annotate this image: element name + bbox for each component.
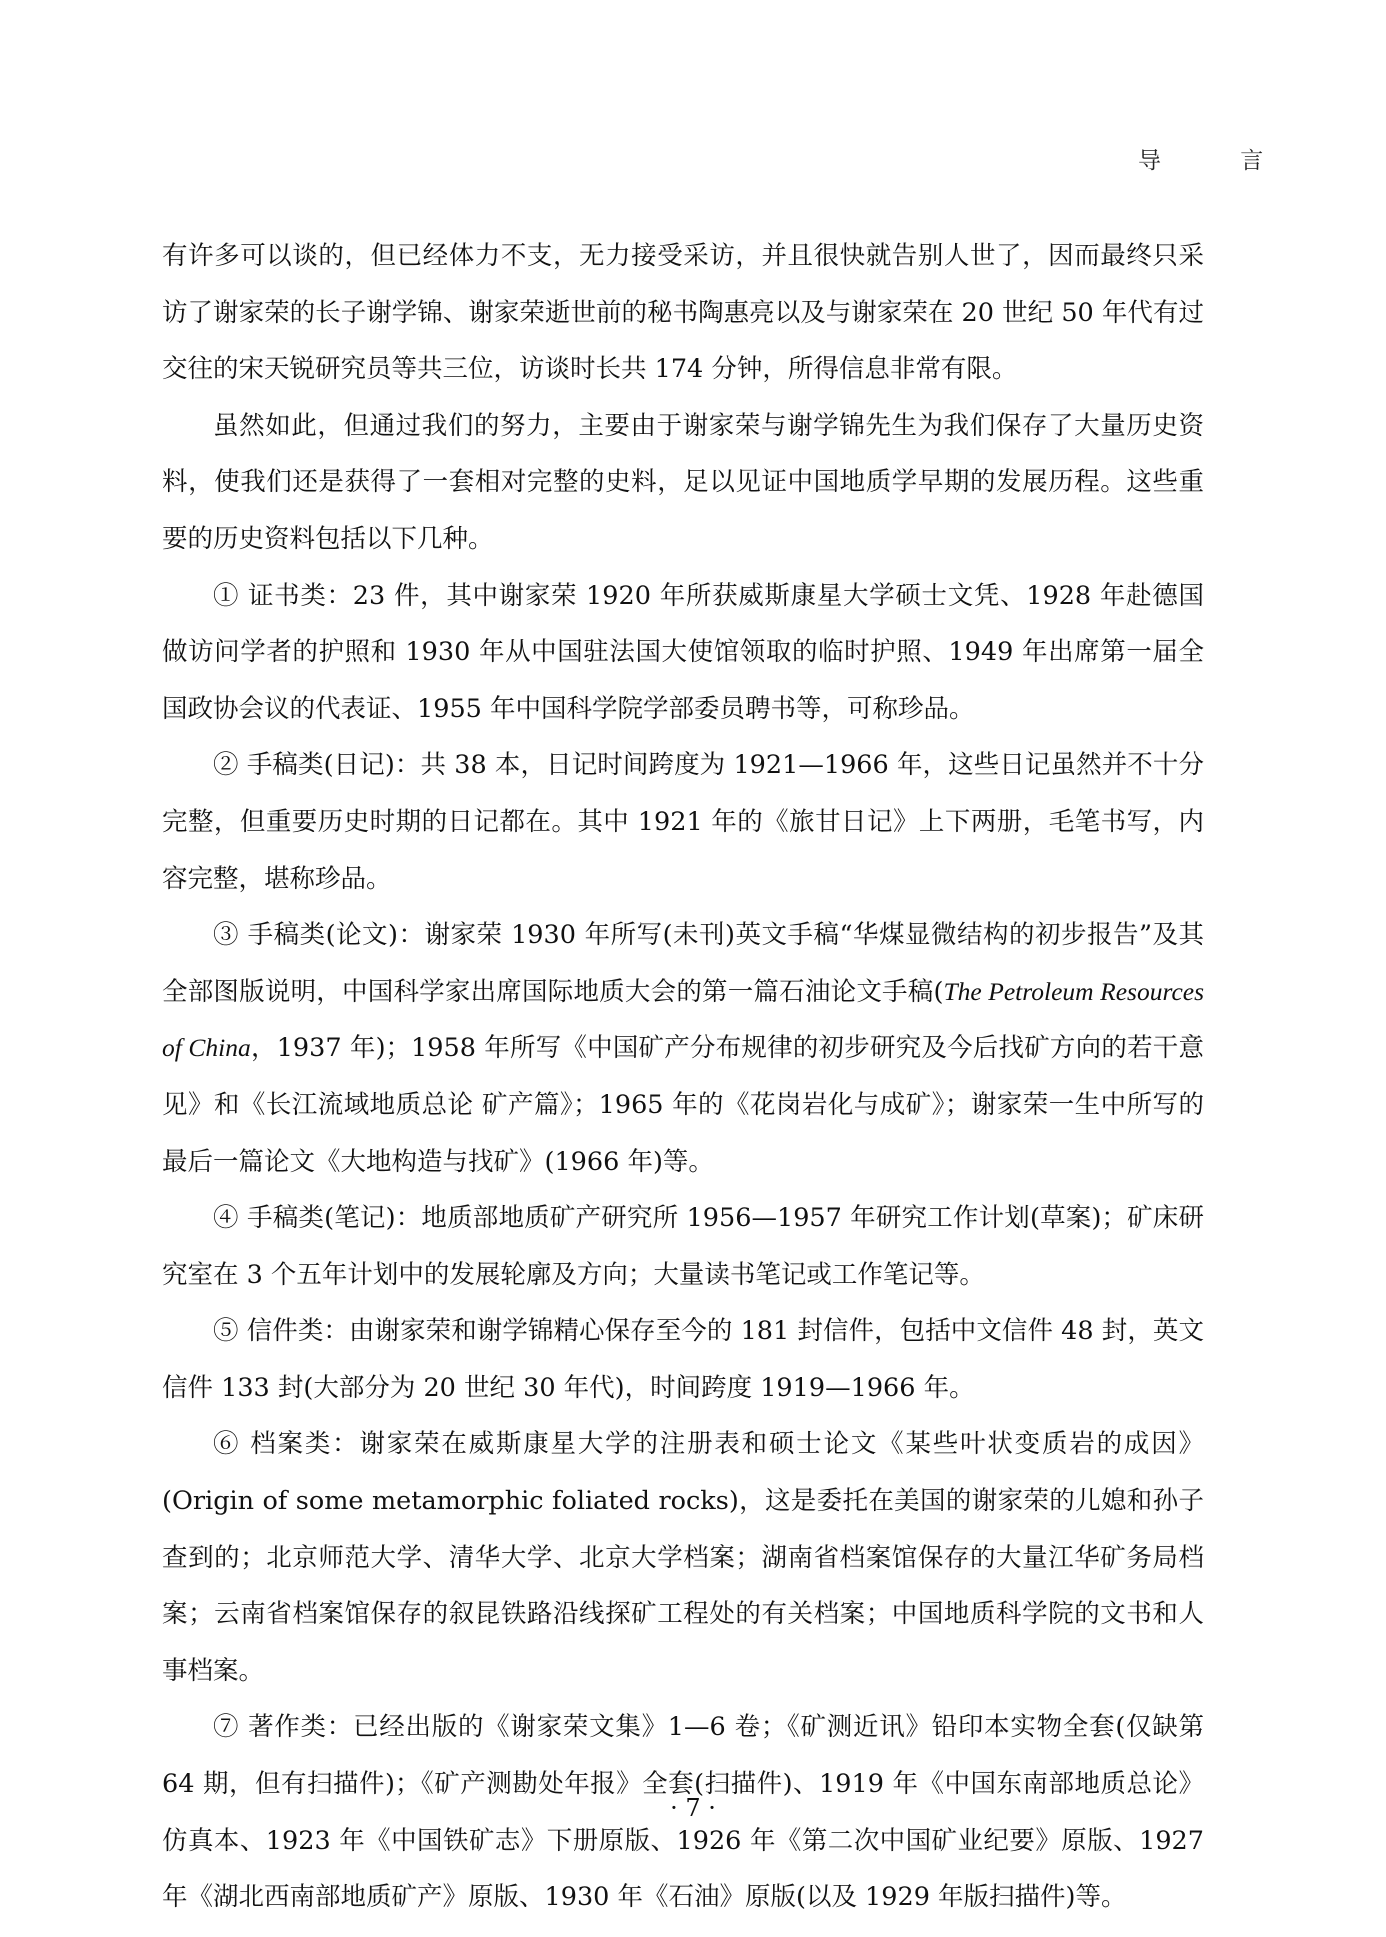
list-item-notes: ④ 手稿类(笔记)：地质部地质矿产研究所 1956—1957 年研究工作计划(草… bbox=[162, 1190, 1204, 1303]
list-item-letters: ⑤ 信件类：由谢家荣和谢学锦精心保存至今的 181 封信件，包括中文信件 48 … bbox=[162, 1303, 1204, 1416]
item-marker: ④ bbox=[213, 1203, 239, 1233]
running-header-title: 导 言 bbox=[1138, 142, 1299, 175]
body-text: 有许多可以谈的，但已经体力不支，无力接受采访，并且很快就告别人世了，因而最终只采… bbox=[162, 228, 1204, 1926]
item-label: 信件类： bbox=[247, 1316, 349, 1346]
item-label: 证书类： bbox=[248, 581, 353, 611]
item-marker: ① bbox=[213, 581, 239, 611]
list-item-archives: ⑥ 档案类：谢家荣在威斯康星大学的注册表和硕士论文《某些叶状变质岩的成因》(Or… bbox=[162, 1416, 1204, 1699]
item-marker: ⑤ bbox=[213, 1316, 239, 1346]
item-label: 手稿类(笔记)： bbox=[247, 1203, 421, 1233]
item-label: 手稿类(论文)： bbox=[248, 920, 425, 950]
page-number: · 7 · bbox=[0, 1794, 1386, 1822]
list-item-diaries: ② 手稿类(日记)：共 38 本，日记时间跨度为 1921—1966 年，这些日… bbox=[162, 737, 1204, 907]
list-item-certificates: ① 证书类：23 件，其中谢家荣 1920 年所获威斯康星大学硕士文凭、1928… bbox=[162, 568, 1204, 738]
item-label: 档案类： bbox=[250, 1429, 359, 1459]
paragraph-continued: 有许多可以谈的，但已经体力不支，无力接受采访，并且很快就告别人世了，因而最终只采… bbox=[162, 228, 1204, 398]
item-label: 著作类： bbox=[248, 1712, 353, 1742]
paragraph-intro: 虽然如此，但通过我们的努力，主要由于谢家荣与谢学锦先生为我们保存了大量历史资料，… bbox=[162, 398, 1204, 568]
item-marker: ② bbox=[213, 750, 239, 780]
item-text: 谢家荣在威斯康星大学的注册表和硕士论文《某些叶状变质岩的成因》(Origin o… bbox=[162, 1429, 1204, 1685]
item-marker: ③ bbox=[213, 920, 239, 950]
list-item-papers: ③ 手稿类(论文)：谢家荣 1930 年所写(未刊)英文手稿“华煤显微结构的初步… bbox=[162, 907, 1204, 1190]
item-marker: ⑦ bbox=[213, 1712, 239, 1742]
item-text-after: ，1937 年)；1958 年所写《中国矿产分布规律的初步研究及今后找矿方向的若… bbox=[162, 1033, 1204, 1176]
item-marker: ⑥ bbox=[213, 1429, 240, 1459]
item-label: 手稿类(日记)： bbox=[247, 750, 421, 780]
